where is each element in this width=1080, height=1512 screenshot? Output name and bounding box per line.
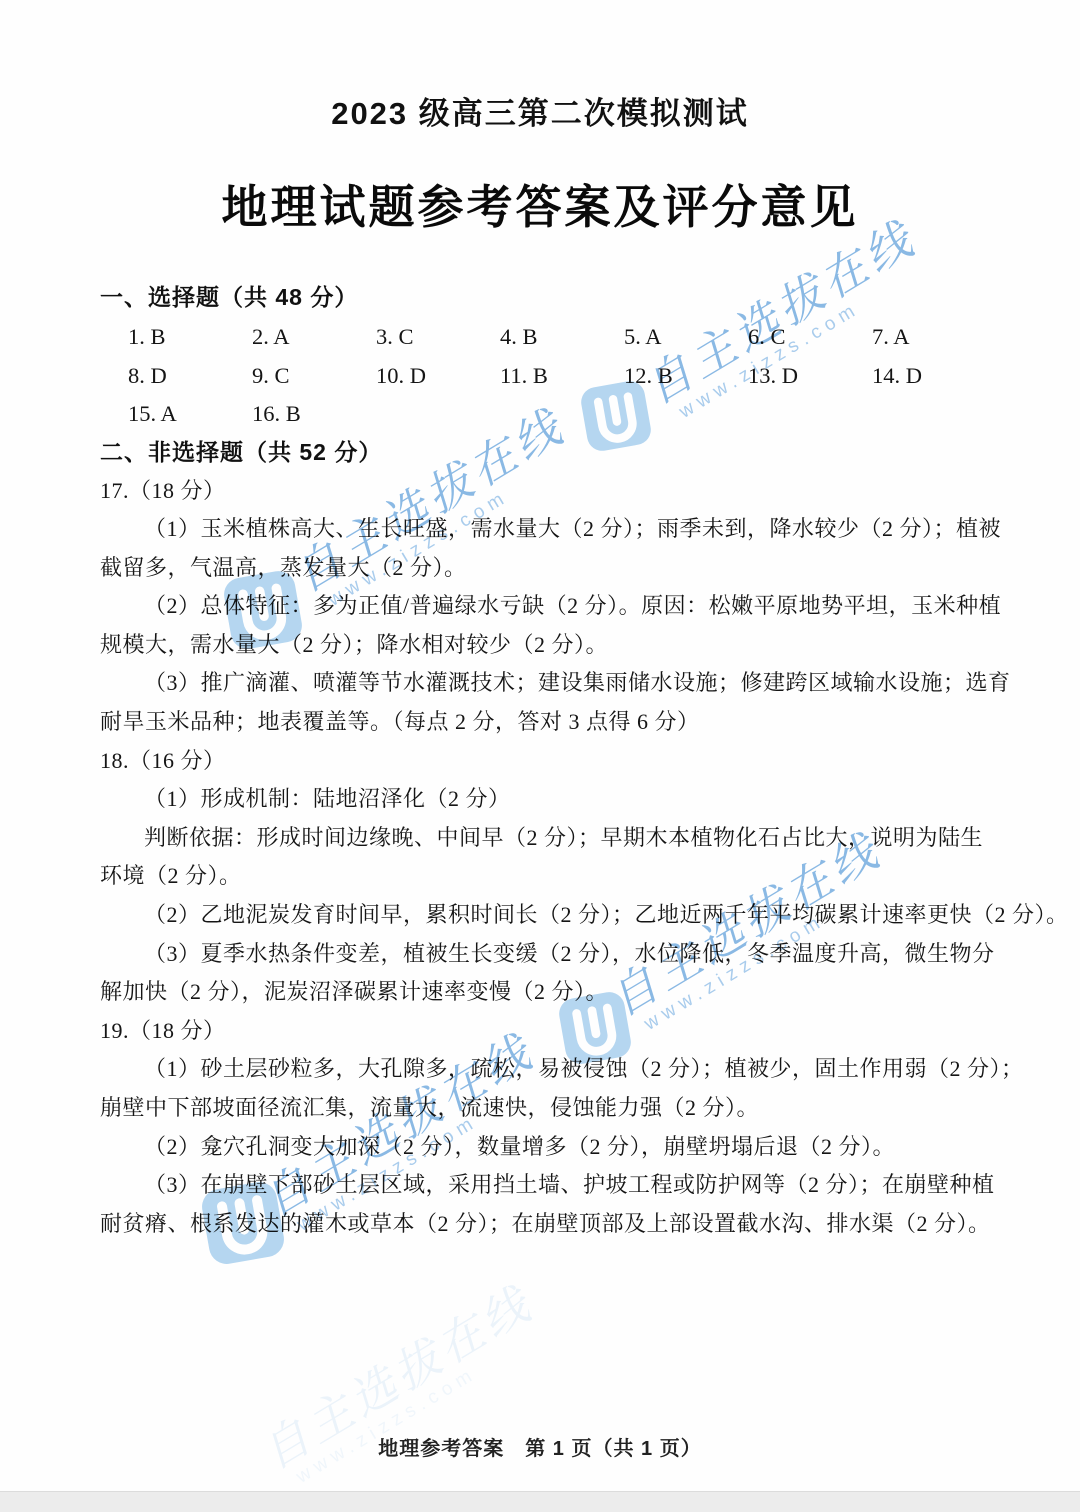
answer-text-line: 判断依据：形成时间边缘晚、中间早（2 分）；早期木本植物化石占比大，说明为陆生 (100, 819, 988, 858)
answer-text-line: （3）推广滴灌、喷灌等节水灌溉技术；建设集雨储水设施；修建跨区域输水设施；选育 (100, 664, 988, 703)
answer-cell: 11. B (500, 357, 624, 396)
answer-text-line: 崩壁中下部坡面径流汇集，流量大，流速快，侵蚀能力强（2 分）。 (100, 1089, 988, 1128)
choice-answers-grid: 1. B2. A3. C4. B5. A6. C7. A8. D9. C10. … (128, 318, 988, 434)
answer-cell: 3. C (376, 318, 500, 357)
watermark-unit: 自主选拔在线 www.zizzs.com (254, 1278, 553, 1496)
answer-text-line: 18.（16 分） (100, 742, 988, 781)
answer-cell: 14. D (872, 357, 996, 396)
answer-text-line: 耐旱玉米品种；地表覆盖等。（每点 2 分，答对 3 点得 6 分） (100, 703, 988, 742)
watermark-url-text: www.zizzs.com (279, 1320, 553, 1496)
answer-text-line: 17.（18 分） (100, 472, 988, 511)
answer-cell: 8. D (128, 357, 252, 396)
answer-cell-empty (748, 395, 872, 434)
answer-cell: 7. A (872, 318, 996, 357)
answer-cell: 2. A (252, 318, 376, 357)
answer-cell: 5. A (624, 318, 748, 357)
answer-text-line: 19.（18 分） (100, 1012, 988, 1051)
answer-cell: 6. C (748, 318, 872, 357)
answer-text-line: （3）夏季水热条件变差，植被生长变缓（2 分），水位降低，冬季温度升高，微生物分 (100, 935, 988, 974)
free-response-section-heading: 二、非选择题（共 52 分） (100, 437, 988, 467)
page-bottom-edge (0, 1491, 1080, 1512)
answer-cell: 1. B (128, 318, 252, 357)
answer-text-line: （3）在崩壁下部砂土层区域，采用挡土墙、护坡工程或防护网等（2 分）；在崩壁种植 (100, 1166, 988, 1205)
answer-text-line: 截留多，气温高，蒸发量大（2 分）。 (100, 549, 988, 588)
answer-cell: 10. D (376, 357, 500, 396)
free-response-lines: 17.（18 分）（1）玉米植株高大、生长旺盛，需水量大（2 分）；雨季未到，降… (100, 472, 988, 1244)
answer-cell: 13. D (748, 357, 872, 396)
answer-cell-empty (500, 395, 624, 434)
page-footer: 地理参考答案 第 1 页（共 1 页） (0, 1432, 1080, 1461)
answer-cell: 9. C (252, 357, 376, 396)
answer-cell-empty (376, 395, 500, 434)
document-content: 一、选择题（共 48 分） 1. B2. A3. C4. B5. A6. C7.… (100, 282, 988, 1243)
answer-text-line: 解加快（2 分），泥炭沼泽碳累计速率变慢（2 分）。 (100, 973, 988, 1012)
answer-cell: 12. B (624, 357, 748, 396)
answer-text-line: 环境（2 分）。 (100, 857, 988, 896)
answer-text-line: 规模大，需水量大（2 分）；降水相对较少（2 分）。 (100, 626, 988, 665)
answer-text-line: 耐贫瘠、根系发达的灌木或草本（2 分）；在崩壁顶部及上部设置截水沟、排水渠（2 … (100, 1205, 988, 1244)
choice-section-heading: 一、选择题（共 48 分） (100, 282, 988, 312)
answer-cell: 4. B (500, 318, 624, 357)
answer-cell-empty (624, 395, 748, 434)
exam-session-title: 2023 级高三第二次模拟测试 (0, 0, 1080, 129)
answer-text-line: （1）玉米植株高大、生长旺盛，需水量大（2 分）；雨季未到，降水较少（2 分）；… (100, 510, 988, 549)
answer-text-line: （2）乙地泥炭发育时间早，累积时间长（2 分）；乙地近两千年平均碳累计速率更快（… (100, 896, 988, 935)
answer-text-line: （2）总体特征：多为正值/普遍绿水亏缺（2 分）。原因：松嫩平原地势平坦，玉米种… (100, 587, 988, 626)
answer-sheet-page: 自主选拔在线 www.zizzs.com 自主选拔在线 www.zizzs.co… (0, 0, 1080, 1512)
answer-cell-empty (872, 395, 996, 434)
answer-cell: 16. B (252, 395, 376, 434)
document-title: 地理试题参考答案及评分意见 (0, 184, 1080, 230)
answer-text-line: （2）龛穴孔洞变大加深（2 分），数量增多（2 分），崩壁坍塌后退（2 分）。 (100, 1128, 988, 1167)
answer-text-line: （1）形成机制：陆地沼泽化（2 分） (100, 780, 988, 819)
answer-cell: 15. A (128, 395, 252, 434)
answer-text-line: （1）砂土层砂粒多，大孔隙多，疏松，易被侵蚀（2 分）；植被少，固土作用弱（2 … (100, 1050, 988, 1089)
